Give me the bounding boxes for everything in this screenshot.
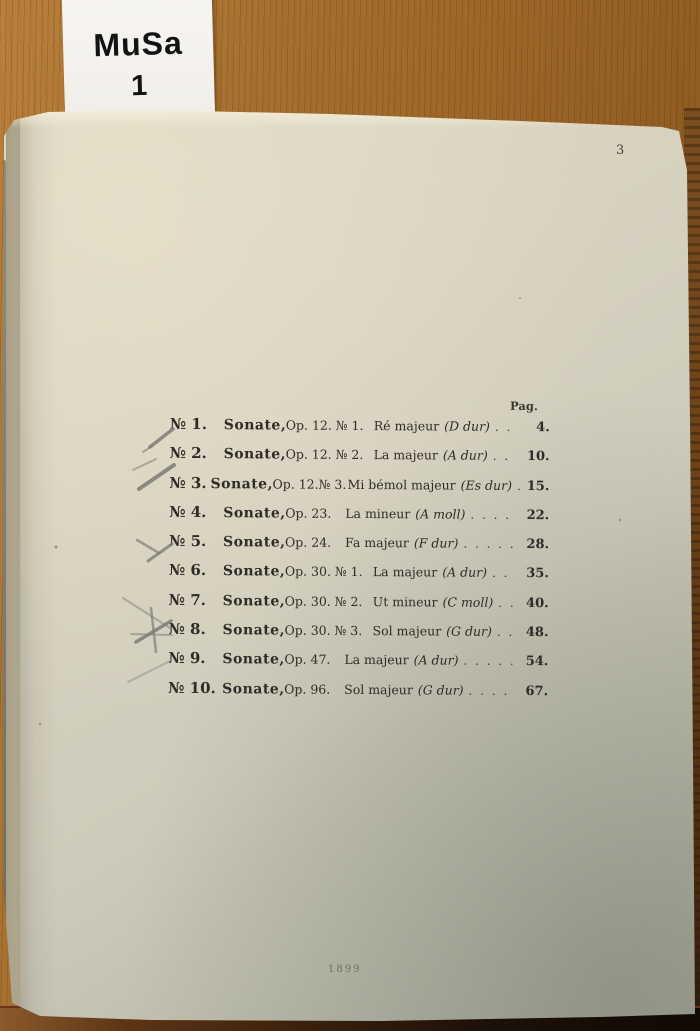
entry-opus: Op. 47. bbox=[284, 652, 334, 667]
leader-dots: . . . . . . bbox=[465, 508, 513, 522]
entry-key-french: Ré majeur bbox=[374, 418, 439, 433]
entry-number: № 2. bbox=[170, 444, 224, 462]
entry-sub-number: № 3. bbox=[334, 623, 372, 638]
entry-page-number: 10. bbox=[514, 449, 550, 464]
entry-title: Sonate, bbox=[222, 681, 284, 697]
entry-page-number: 35. bbox=[513, 566, 549, 581]
entry-sub-number: № 2. bbox=[336, 447, 374, 462]
entry-key-french: Sol majeur bbox=[344, 682, 413, 697]
entry-key-german: (D dur) bbox=[444, 419, 490, 434]
entry-title: Sonate, bbox=[223, 534, 285, 550]
entry-title: Sonate, bbox=[210, 476, 272, 492]
entry-key-german: (Es dur) bbox=[461, 477, 512, 492]
toc-entry-row: № 6. Sonate, Op. 30. № 1. La majeur (A d… bbox=[169, 561, 549, 593]
entry-page-number: 15. bbox=[522, 479, 550, 494]
entry-sub-number: № 2. bbox=[335, 594, 373, 609]
entry-page-number: 67. bbox=[512, 684, 548, 699]
book-page: 3 Pag. № 1. Sonate, Op. 12. № 1. Ré maje… bbox=[0, 0, 700, 1031]
entry-number: № 1. bbox=[170, 415, 224, 433]
entry-key-french: La mineur bbox=[345, 506, 410, 521]
entry-page-number: 22. bbox=[513, 508, 549, 523]
entry-key-german: (A dur) bbox=[442, 565, 487, 580]
toc-entry-row: № 8. Sonate, Op. 30. № 3. Sol majeur (G … bbox=[168, 620, 548, 652]
entry-sub-number: № 1. bbox=[336, 418, 374, 433]
toc-entry-row: № 2. Sonate, Op. 12. № 2. La majeur (A d… bbox=[169, 444, 549, 476]
photo-of-book-page: { "label": { "line1": "MuSa", "line2": "… bbox=[0, 0, 700, 1031]
entry-number: № 4. bbox=[169, 503, 223, 521]
entry-number: № 3. bbox=[169, 473, 210, 491]
entry-opus: Op. 30. bbox=[284, 623, 334, 638]
toc-entry-row: № 3. Sonate, Op. 12. № 3. Mi bémol majeu… bbox=[169, 473, 549, 505]
entry-opus: Op. 12. bbox=[286, 418, 336, 433]
entry-key-french: La majeur bbox=[344, 652, 408, 667]
entry-key-german: (F dur) bbox=[414, 536, 459, 551]
entry-number: № 6. bbox=[169, 561, 223, 579]
entry-title: Sonate, bbox=[222, 622, 284, 638]
entry-key-german: (G dur) bbox=[418, 682, 464, 697]
leader-dots: . . . . . bbox=[490, 420, 514, 434]
entry-page-number: 48. bbox=[512, 625, 548, 640]
label-text-line1: MuSa bbox=[93, 25, 183, 64]
entry-key-german: (A moll) bbox=[415, 506, 465, 521]
entry-page-number: 40. bbox=[513, 596, 549, 611]
entry-title: Sonate, bbox=[223, 564, 285, 580]
entry-title: Sonate, bbox=[223, 505, 285, 521]
entry-number: № 10. bbox=[168, 679, 222, 697]
toc-entry-row: № 4. Sonate, Op. 23. La mineur (A moll) … bbox=[169, 503, 549, 535]
entry-key-german: (A dur) bbox=[414, 653, 459, 668]
toc-entry-row: № 5. Sonate, Op. 24. Fa majeur (F dur) .… bbox=[169, 532, 549, 564]
leader-dots: . . . . . bbox=[487, 566, 513, 580]
leader-dots: . . . . bbox=[493, 596, 513, 610]
table-of-contents: Pag. № 1. Sonate, Op. 12. № 1. Ré majeur… bbox=[168, 397, 550, 710]
entry-sub-number: № 3. bbox=[319, 476, 348, 491]
entry-key-french: Mi bémol majeur bbox=[348, 477, 456, 493]
entry-opus: Op. 96. bbox=[284, 681, 334, 696]
leader-dots: . . bbox=[512, 479, 522, 493]
entry-title: Sonate, bbox=[223, 593, 285, 609]
entry-opus: Op. 12. bbox=[286, 447, 336, 462]
entry-title: Sonate, bbox=[222, 652, 284, 668]
entry-key-french: Ut mineur bbox=[373, 594, 438, 609]
leader-dots: . . . . . . . bbox=[458, 537, 513, 551]
toc-entry-row: № 1. Sonate, Op. 12. № 1. Ré majeur (D d… bbox=[170, 415, 550, 447]
entry-opus: Op. 30. bbox=[285, 593, 335, 608]
entry-page-number: 28. bbox=[513, 537, 549, 552]
entry-number: № 5. bbox=[169, 532, 223, 550]
folio-page-number: 3 bbox=[616, 143, 624, 158]
leader-dots: . . . . . bbox=[492, 625, 513, 639]
page-top-edge-highlight bbox=[0, 108, 700, 128]
plate-number: 1899 bbox=[328, 964, 361, 975]
leader-dots: . . . . . bbox=[488, 449, 514, 463]
toc-entry-row: № 7. Sonate, Op. 30. № 2. Ut mineur (C m… bbox=[169, 591, 549, 623]
entry-key-french: La majeur bbox=[373, 565, 437, 580]
pag-column-header: Pag. bbox=[170, 397, 550, 417]
entry-opus: Op. 24. bbox=[285, 535, 335, 550]
leader-dots: . . . . . . . bbox=[458, 654, 512, 668]
entry-title: Sonate, bbox=[224, 417, 286, 433]
toc-entry-row: № 10. Sonate, Op. 96. Sol majeur (G dur)… bbox=[168, 679, 548, 711]
entry-sub-number: № 1. bbox=[335, 564, 373, 579]
toc-list: № 1. Sonate, Op. 12. № 1. Ré majeur (D d… bbox=[168, 415, 550, 710]
toc-entry-row: № 9. Sonate, Op. 47. La majeur (A dur) .… bbox=[168, 649, 548, 681]
entry-number: № 8. bbox=[168, 620, 222, 638]
entry-page-number: 4. bbox=[514, 420, 550, 435]
entry-opus: Op. 23. bbox=[285, 505, 335, 520]
leader-dots: . . . . . . bbox=[464, 683, 513, 697]
entry-key-german: (G dur) bbox=[446, 624, 492, 639]
gutter-shadow bbox=[6, 0, 58, 1031]
entry-title: Sonate, bbox=[224, 446, 286, 462]
entry-key-french: Fa majeur bbox=[345, 535, 409, 550]
entry-page-number: 54. bbox=[512, 654, 548, 669]
entry-key-french: Sol majeur bbox=[372, 623, 441, 638]
entry-opus: Op. 30. bbox=[285, 564, 335, 579]
entry-opus: Op. 12. bbox=[273, 476, 319, 491]
entry-number: № 9. bbox=[168, 649, 222, 667]
entry-key-german: (A dur) bbox=[443, 448, 488, 463]
label-text-line2: 1 bbox=[131, 70, 148, 103]
entry-key-french: La majeur bbox=[374, 447, 438, 462]
entry-number: № 7. bbox=[169, 591, 223, 609]
entry-key-german: (C moll) bbox=[443, 594, 494, 609]
